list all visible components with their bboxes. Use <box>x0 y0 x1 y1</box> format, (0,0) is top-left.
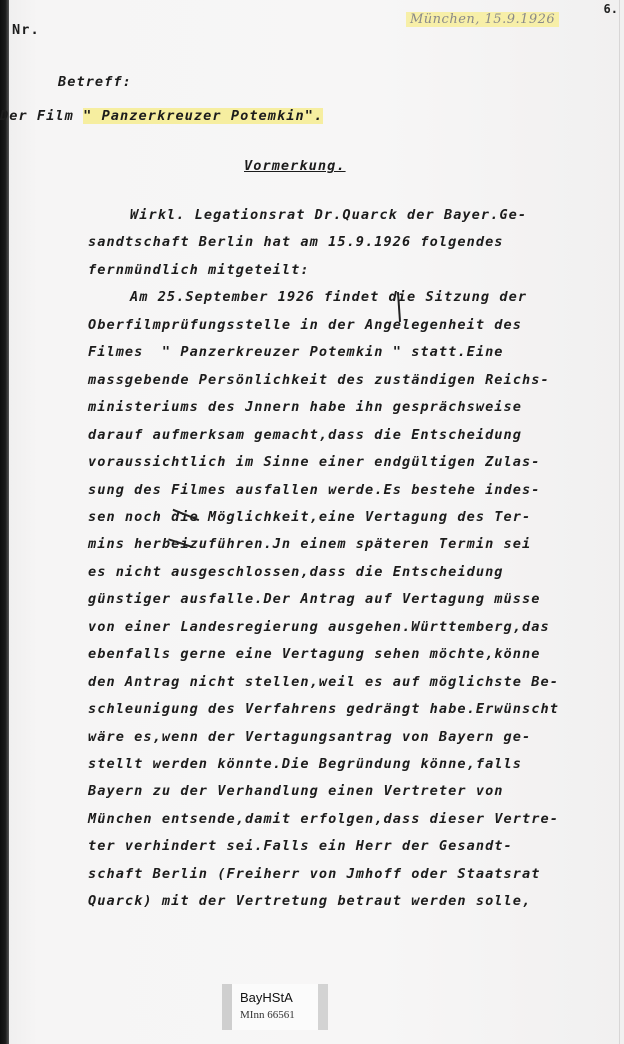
body-line: ter verhindert sei.Falls ein Herr der Ge… <box>88 838 513 854</box>
body-line: sandtschaft Berlin hat am 15.9.1926 folg… <box>88 234 504 250</box>
body-line: München entsende,damit erfolgen,dass die… <box>88 811 559 827</box>
body-line: den Antrag nicht stellen,weil es auf mög… <box>88 674 559 690</box>
body-line: fernmündlich mitgeteilt: <box>88 262 310 278</box>
body-line: es nicht ausgeschlossen,dass die Entsche… <box>88 564 504 580</box>
body-line: günstiger ausfalle.Der Antrag auf Vertag… <box>88 591 540 607</box>
subject-prefix: Der Film <box>0 108 83 124</box>
body-line: Bayern zu der Verhandlung einen Vertrete… <box>88 783 504 799</box>
archive-signature: MInn 66561 <box>240 1009 295 1021</box>
body-line: Wirkl. Legationsrat Dr.Quarck der Bayer.… <box>130 207 527 223</box>
body-line: Quarck) mit der Vertretung betraut werde… <box>88 893 531 909</box>
archive-institution: BayHStA <box>240 990 293 1005</box>
body-line: ministeriums des Jnnern habe ihn gespräc… <box>88 399 522 415</box>
body-line: Oberfilmprüfungsstelle in der Angelegenh… <box>88 317 522 333</box>
body-line: stellt werden könnte.Die Begründung könn… <box>88 756 522 772</box>
body-line: sen noch die Möglichkeit,eine Vertagung … <box>88 509 531 525</box>
body-line: mins herbeizuführen.Jn einem späteren Te… <box>88 536 531 552</box>
body-line: ebenfalls gerne eine Vertagung sehen möc… <box>88 646 540 662</box>
body-line: Filmes " Panzerkreuzer Potemkin " statt.… <box>88 344 504 360</box>
body-line: wäre es,wenn der Vertagungsantrag von Ba… <box>88 729 531 745</box>
subject-title-highlighted: " Panzerkreuzer Potemkin". <box>83 108 323 124</box>
body-line: schleunigung des Verfahrens gedrängt hab… <box>88 701 559 717</box>
document-heading: Vormerkung. <box>244 158 346 174</box>
body-line: schaft Berlin (Freiherr von Jmhoff oder … <box>88 866 540 882</box>
body-line: Am 25.September 1926 findet die Sitzung … <box>130 289 527 305</box>
body-line: voraussichtlich im Sinne einer endgültig… <box>88 454 540 470</box>
body-line: sung des Filmes ausfallen werde.Es beste… <box>88 482 540 498</box>
body-line: von einer Landesregierung ausgehen.Württ… <box>88 619 550 635</box>
nr-label: Nr. <box>12 22 40 38</box>
page-fold <box>619 0 620 1044</box>
betreff-label: Betreff: <box>58 74 132 90</box>
binding-edge <box>0 0 9 1044</box>
body-line: massgebende Persönlichkeit des zuständig… <box>88 372 550 388</box>
document-page: 6. Nr. München, 15.9.1926 Betreff: Der F… <box>0 0 624 1044</box>
archive-stamp: BayHStA MInn 66561 <box>222 984 328 1030</box>
handwritten-date-note: München, 15.9.1926 <box>406 12 559 27</box>
body-line: darauf aufmerksam gemacht,dass die Entsc… <box>88 427 522 443</box>
subject-line: Der Film " Panzerkreuzer Potemkin". <box>0 108 323 124</box>
corner-mark: 6. <box>604 2 618 16</box>
